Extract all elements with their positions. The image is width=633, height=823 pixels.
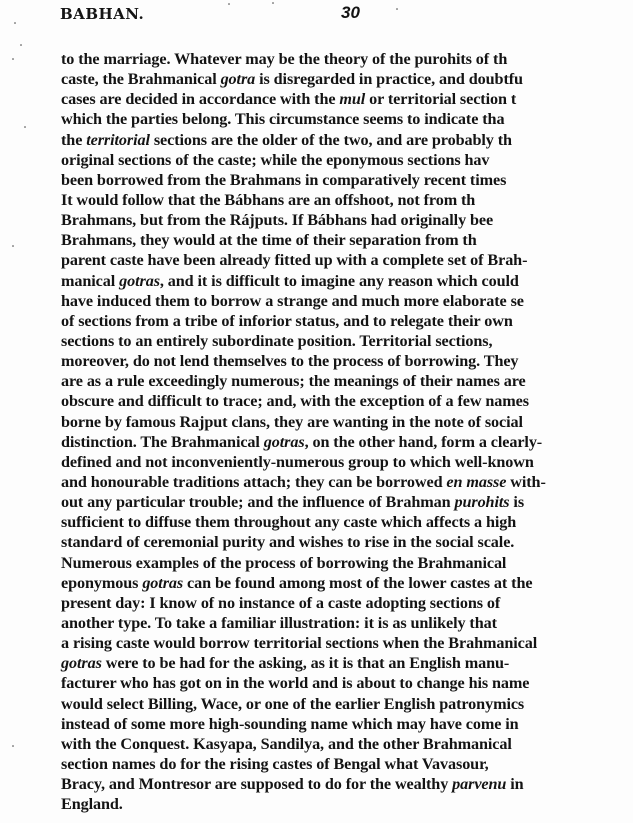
text-line: Brahmans, they would at the time of thei…	[61, 230, 633, 250]
text-line: sections to an entirely subordinate posi…	[61, 331, 633, 351]
text-line: facturer who has got on in the world and…	[61, 673, 633, 693]
scan-speck	[12, 58, 14, 60]
text-line: which the parties belong. This circumsta…	[61, 109, 633, 129]
text-line: England.	[61, 794, 633, 814]
text-line: sufficient to diffuse them throughout an…	[61, 512, 633, 532]
text-line: would select Billing, Wace, or one of th…	[61, 694, 633, 714]
text-line: original sections of the caste; while th…	[61, 150, 633, 170]
text-line: cases are decided in accordance with the…	[61, 89, 633, 109]
text-line: present day: I know of no instance of a …	[61, 593, 633, 613]
text-line: moreover, do not lend themselves to the …	[61, 351, 633, 371]
text-line: a rising caste would borrow territorial …	[61, 633, 633, 653]
text-line: parent caste have been already fitted up…	[61, 250, 633, 270]
text-line: of sections from a tribe of inforior sta…	[61, 311, 633, 331]
text-line: defined and not inconveniently-numerous …	[61, 452, 633, 472]
scanned-book-page: BABHAN. 30 to the marriage. Whatever may…	[0, 0, 633, 823]
text-line: and honourable traditions attach; they c…	[61, 472, 633, 492]
body-paragraph: to the marriage. Whatever may be the the…	[61, 49, 633, 814]
italic-term: gotras	[61, 654, 102, 672]
text-line: manical gotras, and it is difficult to i…	[61, 271, 633, 291]
text-line: Bracy, and Montresor are supposed to do …	[61, 774, 633, 794]
text-line: are as a rule exceedingly numerous; the …	[61, 371, 633, 391]
scan-speck	[20, 44, 22, 46]
scan-speck	[272, 2, 274, 4]
text-line: out any particular trouble; and the infl…	[61, 492, 633, 512]
running-head: BABHAN. 30	[60, 5, 620, 27]
text-line: obscure and difficult to trace; and, wit…	[61, 391, 633, 411]
italic-term: mul	[339, 90, 365, 108]
text-line: It would follow that the Bábhans are an …	[61, 190, 633, 210]
italic-term: gotras	[119, 272, 160, 290]
text-line: have induced them to borrow a strange an…	[61, 291, 633, 311]
scan-speck	[24, 126, 26, 128]
scan-speck	[12, 745, 14, 747]
text-line: standard of ceremonial purity and wishes…	[61, 532, 633, 552]
text-line: borne by famous Rajput clans, they are w…	[61, 412, 633, 432]
text-line: with the Conquest. Kasyapa, Sandilya, an…	[61, 734, 633, 754]
scan-speck	[228, 3, 230, 5]
text-line: Numerous examples of the process of borr…	[61, 553, 633, 573]
italic-term: gotra	[221, 70, 256, 88]
italic-term: gotras	[142, 574, 183, 592]
italic-term: territorial	[86, 131, 150, 149]
text-line: gotras were to be had for the asking, as…	[61, 653, 633, 673]
running-title: BABHAN.	[60, 5, 144, 23]
italic-term: en masse	[446, 473, 506, 491]
scan-speck	[12, 245, 14, 247]
text-line: caste, the Brahmanical gotra is disregar…	[61, 69, 633, 89]
text-line: section names do for the rising castes o…	[61, 754, 633, 774]
scan-speck	[14, 22, 16, 24]
italic-term: parvenu	[452, 775, 506, 793]
text-line: eponymous gotras can be found among most…	[61, 573, 633, 593]
text-line: to the marriage. Whatever may be the the…	[61, 49, 633, 69]
italic-term: purohits	[454, 493, 509, 511]
page-number: 30	[341, 3, 360, 23]
text-line: Brahmans, but from the Rájputs. If Bábha…	[61, 210, 633, 230]
text-line: instead of some more high-sounding name …	[61, 714, 633, 734]
text-line: been borrowed from the Brahmans in compa…	[61, 170, 633, 190]
text-line: distinction. The Brahmanical gotras, on …	[61, 432, 633, 452]
scan-speck	[396, 8, 398, 10]
italic-term: gotras	[264, 433, 305, 451]
text-line: the territorial sections are the older o…	[61, 130, 633, 150]
text-line: another type. To take a familiar illustr…	[61, 613, 633, 633]
